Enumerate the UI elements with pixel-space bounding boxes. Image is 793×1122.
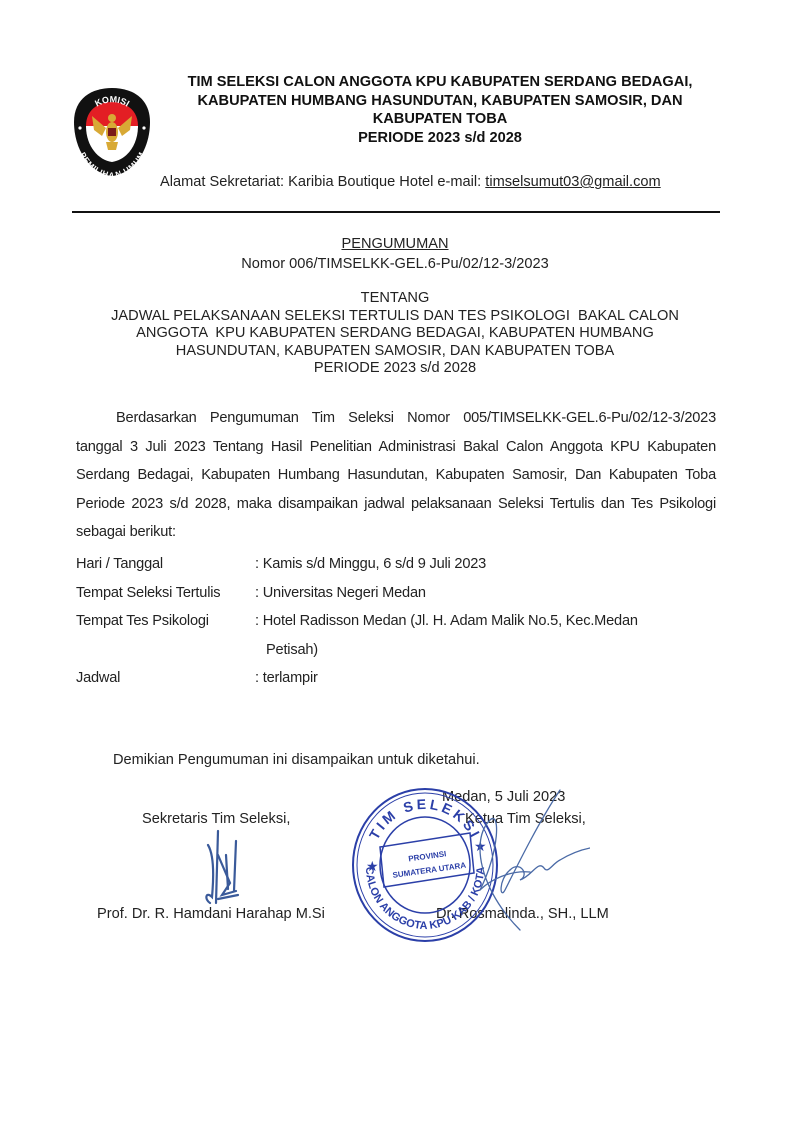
detail-row: Hari / Tanggal : Kamis s/d Minggu, 6 s/d… (76, 550, 736, 579)
email-link[interactable]: timselsumut03@gmail.com (485, 174, 660, 190)
detail-row-continuation: Petisah) (76, 636, 736, 665)
kpu-logo-icon: KOMISI PEMILIHAN UMUM (72, 86, 152, 178)
letterhead-title-line: KABUPATEN TOBA (150, 110, 730, 129)
address-label: Alamat Sekretariat: Karibia Boutique Hot… (160, 174, 485, 190)
detail-label-empty (76, 636, 255, 665)
detail-label: Tempat Tes Psikologi (76, 607, 255, 636)
announcement-heading: PENGUMUMAN (60, 234, 730, 254)
detail-value: : Hotel Radisson Medan (Jl. H. Adam Mali… (255, 607, 736, 636)
letterhead-title: TIM SELEKSI CALON ANGGOTA KPU KABUPATEN … (150, 73, 730, 147)
svg-text:★: ★ (366, 859, 379, 875)
detail-label: Tempat Seleksi Tertulis (76, 579, 255, 608)
detail-label: Hari / Tanggal (76, 550, 255, 579)
subject-line: PERIODE 2023 s/d 2028 (60, 360, 730, 378)
announcement-number: Nomor 006/TIMSELKK-GEL.6-Pu/02/12-3/2023 (60, 254, 730, 274)
announcement-subject-block: TENTANG JADWAL PELAKSANAAN SELEKSI TERTU… (60, 290, 730, 378)
detail-row: Tempat Tes Psikologi : Hotel Radisson Me… (76, 607, 736, 636)
body-paragraph-text: Berdasarkan Pengumuman Tim Seleksi Nomor… (76, 410, 716, 540)
detail-value: : terlampir (255, 664, 736, 693)
secretary-signature-icon (190, 825, 250, 910)
announcement-heading-block: PENGUMUMAN Nomor 006/TIMSELKK-GEL.6-Pu/0… (60, 234, 730, 274)
chair-signature-icon (420, 780, 590, 945)
body-paragraph: Berdasarkan Pengumuman Tim Seleksi Nomor… (76, 404, 716, 547)
secretariat-address: Alamat Sekretariat: Karibia Boutique Hot… (160, 174, 661, 190)
detail-row: Tempat Seleksi Tertulis : Universitas Ne… (76, 579, 736, 608)
schedule-details: Hari / Tanggal : Kamis s/d Minggu, 6 s/d… (76, 550, 736, 693)
header-divider (72, 211, 720, 213)
letterhead-title-line: KABUPATEN HUMBANG HASUNDUTAN, KABUPATEN … (150, 92, 730, 111)
subject-line: HASUNDUTAN, KABUPATEN SAMOSIR, DAN KABUP… (60, 343, 730, 361)
subject-line: ANGGOTA KPU KABUPATEN SERDANG BEDAGAI, K… (60, 325, 730, 343)
letterhead-title-line: TIM SELEKSI CALON ANGGOTA KPU KABUPATEN … (150, 73, 730, 92)
detail-row: Jadwal : terlampir (76, 664, 736, 693)
detail-value: : Universitas Negeri Medan (255, 579, 736, 608)
subject-line: JADWAL PELAKSANAAN SELEKSI TERTULIS DAN … (60, 308, 730, 326)
detail-value-continuation: Petisah) (255, 636, 736, 665)
detail-value: : Kamis s/d Minggu, 6 s/d 9 Juli 2023 (255, 550, 736, 579)
about-label: TENTANG (60, 290, 730, 308)
closing-statement: Demikian Pengumuman ini disampaikan untu… (113, 752, 480, 768)
letterhead-title-line: PERIODE 2023 s/d 2028 (150, 129, 730, 148)
detail-label: Jadwal (76, 664, 255, 693)
